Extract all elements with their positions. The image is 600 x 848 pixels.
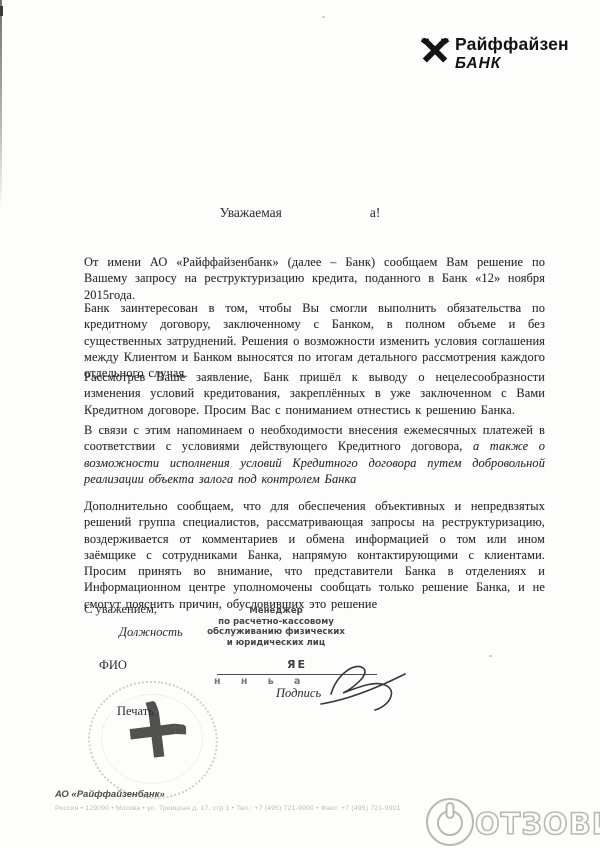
position-stamp-line: Менеджер — [192, 606, 360, 617]
name-label: ФИО — [99, 658, 127, 673]
otzovik-watermark: ОТЗОВИК — [424, 794, 600, 848]
salutation-suffix: а! — [370, 205, 381, 220]
brand-wordmark: Райффайзен БАНК — [455, 36, 569, 71]
scan-corner-artifact — [0, 6, 3, 16]
salutation-line: Уважаемаяа! — [0, 205, 600, 221]
closing-line: С уважением, — [84, 602, 157, 617]
footer-address-line: Россия • 129090 • Москва • ул. Троицкая … — [55, 805, 401, 812]
paragraph-5: Дополнительно сообщаем, что для обеспече… — [84, 498, 545, 612]
scanned-letter-page: Райффайзен БАНК Уважаемаяа! От имени АО … — [0, 0, 600, 848]
scan-speck — [489, 655, 492, 657]
salutation-prefix: Уважаемая — [220, 205, 282, 220]
position-stamp-line: и юридических лиц — [192, 638, 360, 649]
brand-name-line2: БАНК — [455, 56, 569, 72]
seal-label: Печать — [117, 704, 154, 719]
position-stamp-text: Менеджер по расчетно-кассовому обслужива… — [192, 606, 360, 648]
redacted-name-stamp: ЯЕ — [287, 658, 307, 671]
raiffeisen-crossed-hatchets-icon — [420, 38, 450, 68]
paragraph-1: От имени АО «Райффайзенбанк» (далее – Ба… — [84, 254, 545, 303]
handwritten-signature-icon — [317, 660, 409, 718]
position-stamp-line: по расчетно-кассовому — [192, 617, 360, 628]
paragraph-3: Рассмотрев Ваше заявление, Банк пришёл к… — [84, 369, 545, 418]
brand-name-line1: Райффайзен — [455, 36, 569, 54]
position-stamp-line: обслуживанию физических — [192, 627, 360, 638]
paragraph-4: В связи с этим напоминаем о необходимост… — [84, 422, 545, 487]
signature-label: Подпись — [276, 686, 321, 701]
footer-company-name: АО «Райффайзенбанк» — [55, 789, 165, 800]
scan-edge-artifact — [0, 0, 2, 210]
scan-speck — [322, 16, 325, 18]
letterhead: Райффайзен БАНК — [420, 36, 569, 71]
position-label: Должность — [119, 625, 183, 640]
watermark-text: ОТЗОВИК — [475, 807, 600, 841]
otzovik-power-circle-icon — [427, 799, 473, 845]
